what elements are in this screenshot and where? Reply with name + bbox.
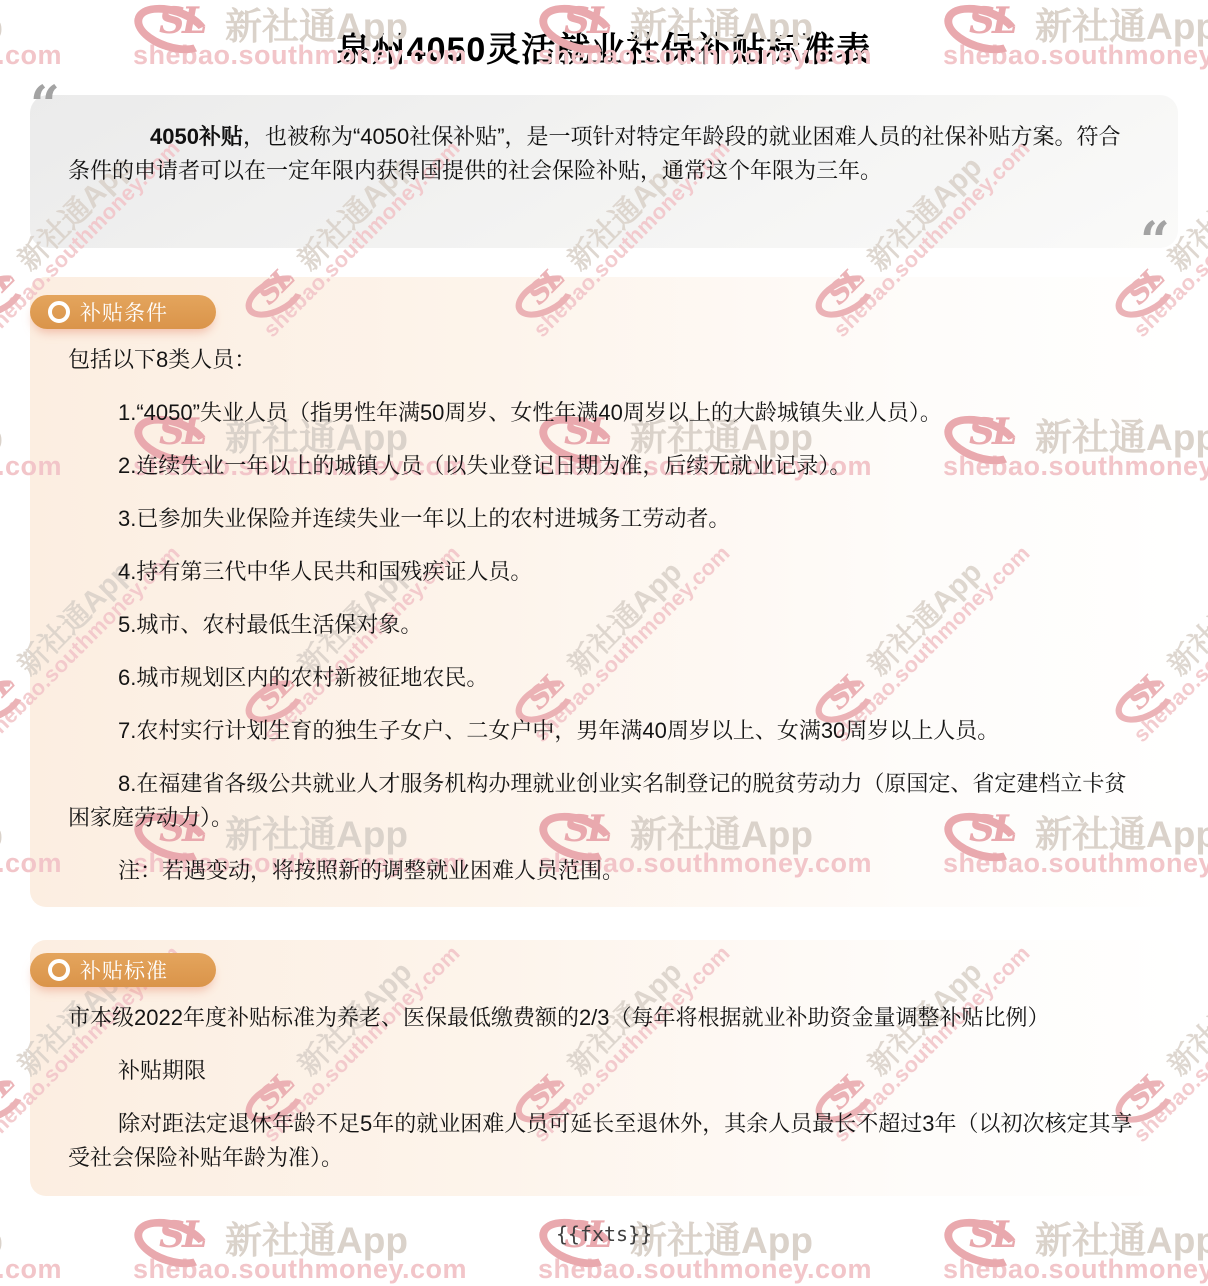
list-item: 补贴期限 <box>68 1054 1148 1088</box>
list-item: 5.城市、农村最低生活保对象。 <box>68 608 1148 642</box>
shetong-logo-icon: SL <box>0 661 28 731</box>
watermark-domain-text: shebao.southmoney.com <box>133 1254 463 1285</box>
page-title: 泉州4050灵活就业社保补贴标准表 <box>0 22 1208 71</box>
quote-lead-text: 4050补贴 <box>150 124 243 149</box>
watermark-brand-text: 新社通App <box>0 407 3 461</box>
conditions-intro: 包括以下8类人员： <box>68 343 1148 377</box>
standard-content: 市本级2022年度补贴标准为养老、医保最低缴费额的2/3（每年将根据就业补助资金… <box>30 1001 1178 1175</box>
open-quote-icon: “ <box>30 80 60 132</box>
list-item: 6.城市规划区内的农村新被征地农民。 <box>68 661 1148 695</box>
list-item: 7.农村实行计划生育的独生子女户、二女户中，男年满40周岁以上、女满30周岁以上… <box>68 714 1148 748</box>
shetong-logo-icon: SL <box>0 256 28 326</box>
list-item: 1.“4050”失业人员（指男性年满50周岁、女性年满40周岁以上的大龄城镇失业… <box>68 396 1148 430</box>
list-item: 8.在福建省各级公共就业人才服务机构办理就业创业实名制登记的脱贫劳动力（原国定、… <box>68 767 1148 835</box>
badge-label: 补贴标准 <box>80 955 168 985</box>
conditions-list: 1.“4050”失业人员（指男性年满50周岁、女性年满40周岁以上的大龄城镇失业… <box>68 396 1148 835</box>
section-subsidy-standard: 补贴标准 市本级2022年度补贴标准为养老、医保最低缴费额的2/3（每年将根据就… <box>30 940 1178 1196</box>
watermark-domain-text: shebao.southmoney.com <box>943 1254 1208 1285</box>
intro-quote-block: 4050补贴，也被称为“4050社保补贴”，是一项针对特定年龄段的就业困难人员的… <box>30 95 1178 248</box>
watermark-domain-text: shebao.southmoney.com <box>538 1254 868 1285</box>
shetong-logo-icon: SL <box>0 1061 28 1131</box>
list-item: 3.已参加失业保险并连续失业一年以上的农村进城务工劳动者。 <box>68 502 1148 536</box>
badge-label: 补贴条件 <box>80 297 168 327</box>
list-item: 4.持有第三代中华人民共和国残疾证人员。 <box>68 555 1148 589</box>
badge-subsidy-conditions: 补贴条件 <box>30 295 216 329</box>
conditions-content: 包括以下8类人员： 1.“4050”失业人员（指男性年满50周岁、女性年满40周… <box>30 343 1178 888</box>
close-quote-icon: “ <box>1140 216 1170 268</box>
list-item: 市本级2022年度补贴标准为养老、医保最低缴费额的2/3（每年将根据就业补助资金… <box>68 1001 1148 1035</box>
footer-placeholder-text: {{fxts}} <box>0 1222 1208 1246</box>
watermark-brand-text: 新社通App <box>0 804 3 858</box>
circle-ring-icon <box>48 301 70 323</box>
watermark-domain-text: shebao.southmoney.com <box>0 1254 58 1285</box>
badge-subsidy-standard: 补贴标准 <box>30 953 216 987</box>
list-item: 2.连续失业一年以上的城镇人员（以失业登记日期为准，后续无就业记录）。 <box>68 449 1148 483</box>
section-subsidy-conditions: 补贴条件 包括以下8类人员： 1.“4050”失业人员（指男性年满50周岁、女性… <box>30 277 1178 907</box>
intro-quote-text: 4050补贴，也被称为“4050社保补贴”，是一项针对特定年龄段的就业困难人员的… <box>30 95 1178 188</box>
list-item: 除对距法定退休年龄不足5年的就业困难人员可延长至退休外，其余人员最长不超过3年（… <box>68 1107 1148 1175</box>
circle-ring-icon <box>48 959 70 981</box>
conditions-note: 注：若遇变动，将按照新的调整就业困难人员范围。 <box>68 854 1148 888</box>
